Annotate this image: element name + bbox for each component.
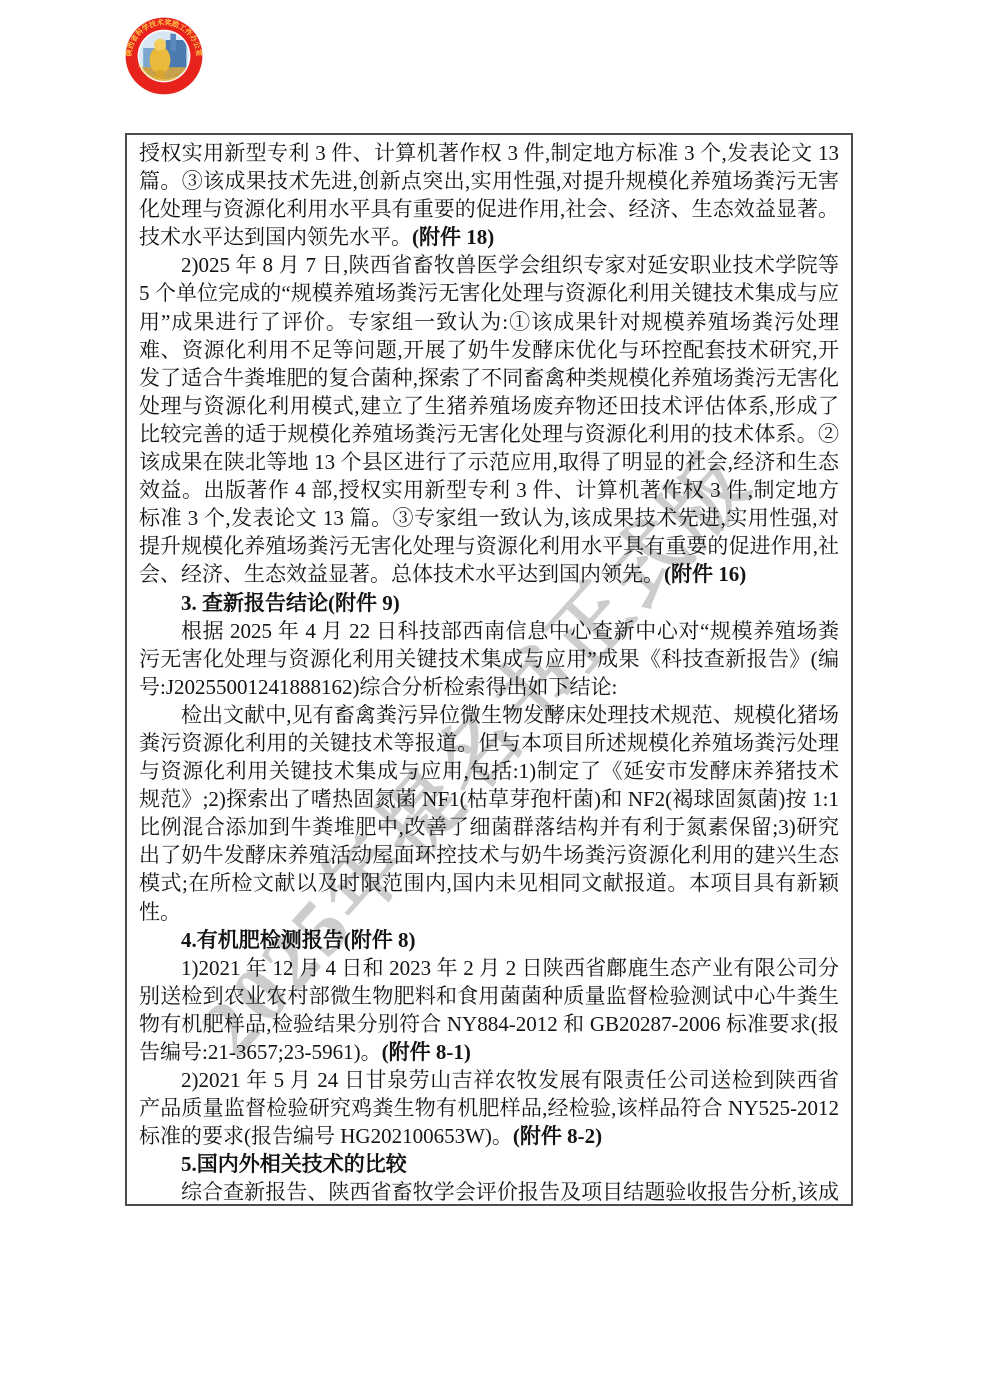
paragraph: 根据 2025 年 4 月 22 日科技部西南信息中心查新中心对“规模养殖场粪污… <box>139 617 839 701</box>
attachment-reference: (附件 8-1) <box>382 1040 471 1064</box>
text-run: 根据 2025 年 4 月 22 日科技部西南信息中心查新中心对“规模养殖场粪污… <box>139 619 839 699</box>
paragraph: 1)2021 年 12 月 4 日和 2023 年 2 月 2 日陕西省鄜鹿生态… <box>139 954 839 1066</box>
attachment-reference: 3. 查新报告结论(附件 9) <box>181 591 400 615</box>
text-run: 2)025 年 8 月 7 日,陕西省畜牧兽医学会组织专家对延安职业技术学院等 … <box>139 253 839 586</box>
text-run: 1)2021 年 12 月 4 日和 2023 年 2 月 2 日陕西省鄜鹿生态… <box>139 956 839 1064</box>
document-body-cell: 授权实用新型专利 3 件、计算机著作权 3 件,制定地方标准 3 个,发表论文 … <box>125 133 853 1206</box>
section-heading: 5.国内外相关技术的比较 <box>139 1150 839 1178</box>
text-run: 2)2021 年 5 月 24 日甘泉劳山吉祥农牧发展有限责任公司送检到陕西省产… <box>139 1068 839 1148</box>
paragraph: 检出文献中,见有畜禽粪污异位微生物发酵床处理技术规范、规模化猪场粪污资源化利用的… <box>139 701 839 926</box>
attachment-reference: (附件 8-2) <box>513 1124 602 1148</box>
award-office-logo: 陕西省科学技术奖励工作办公室 Of Science & Technology <box>124 16 204 96</box>
attachment-reference: (附件 18) <box>412 225 494 249</box>
award-office-logo-graphic: 陕西省科学技术奖励工作办公室 Of Science & Technology <box>124 16 204 96</box>
attachment-reference: 4.有机肥检测报告(附件 8) <box>181 928 416 952</box>
paragraph: 综合查新报告、陕西省畜牧学会评价报告及项目结题验收报告分析,该成果达到国内先进水… <box>139 1178 839 1206</box>
text-run: 综合查新报告、陕西省畜牧学会评价报告及项目结题验收报告分析,该成果达到国内先进水… <box>139 1180 839 1206</box>
attachment-reference: (附件 16) <box>664 562 746 586</box>
paragraph: 2)2021 年 5 月 24 日甘泉劳山吉祥农牧发展有限责任公司送检到陕西省产… <box>139 1066 839 1150</box>
paragraph: 2)025 年 8 月 7 日,陕西省畜牧兽医学会组织专家对延安职业技术学院等 … <box>139 251 839 588</box>
attachment-reference: 5.国内外相关技术的比较 <box>181 1152 407 1176</box>
page-root: { "page": { "width": 990, "height": 1399… <box>0 0 990 1399</box>
section-heading: 3. 查新报告结论(附件 9) <box>139 589 839 617</box>
text-run: 检出文献中,见有畜禽粪污异位微生物发酵床处理技术规范、规模化猪场粪污资源化利用的… <box>139 703 839 924</box>
section-heading: 4.有机肥检测报告(附件 8) <box>139 926 839 954</box>
paragraph: 授权实用新型专利 3 件、计算机著作权 3 件,制定地方标准 3 个,发表论文 … <box>139 139 839 251</box>
